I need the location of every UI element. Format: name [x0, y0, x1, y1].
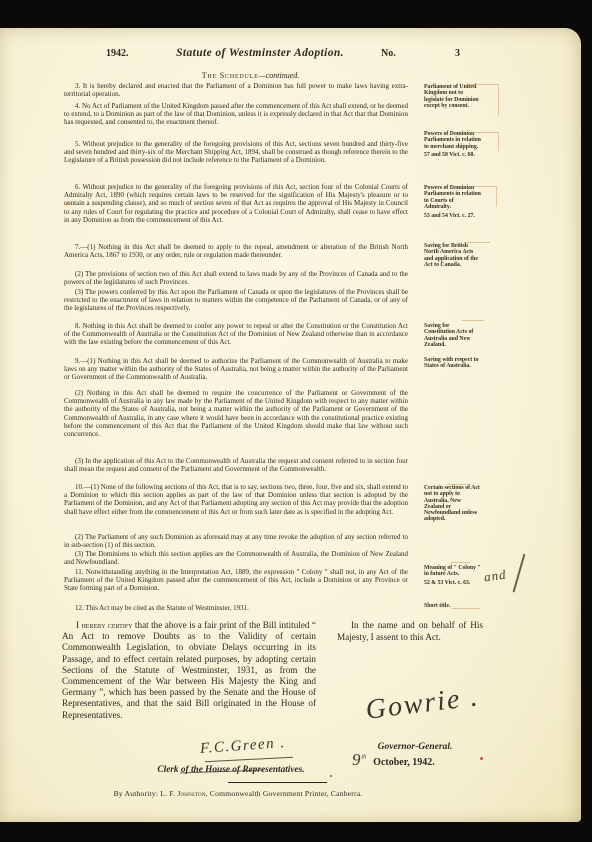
assent-date: 9thOctober, 1942.: [352, 750, 435, 770]
margin-note-text: Meaning of " Colony " in future Acts.: [424, 565, 481, 577]
margin-note-text: Saving for British North America Acts an…: [424, 243, 478, 268]
margin-note-bna-acts: Saving for British North America Acts an…: [424, 243, 481, 271]
section-9-2: (2) Nothing in this Act shall be deemed …: [64, 389, 408, 438]
clerk-signature: F.C.Green .: [200, 735, 287, 758]
pencil-mark: [452, 608, 480, 609]
pencil-mark: [462, 320, 484, 321]
pencil-mark: [464, 242, 490, 243]
header-number-label: No.: [381, 48, 396, 59]
scan-speck: [330, 775, 332, 777]
certification-paragraph: I hereby certify that the above is a fai…: [62, 620, 316, 721]
pencil-mark: [450, 562, 470, 563]
page-title: Statute of Westminster Adoption.: [160, 47, 360, 59]
schedule-heading: The Schedule—continued.: [64, 71, 423, 80]
assent-date-suffix: th: [362, 755, 367, 761]
margin-note-states-australia: Saving with respect to States of Austral…: [424, 357, 481, 372]
section-12: 12. This Act may be cited as the Statute…: [64, 604, 408, 612]
governor-general-signature: Gowrie .: [349, 679, 497, 728]
section-9-1: 9.—(1) Nothing in this Act shall be deem…: [64, 357, 408, 382]
imprint-printer-name: Johnston: [177, 789, 205, 798]
certification-lead: I hereby certify: [76, 620, 133, 630]
section-7-2: (2) The provisions of section two of thi…: [64, 270, 408, 286]
pencil-mark: [466, 84, 499, 115]
assent-date-day: 9: [352, 750, 362, 769]
margin-note-constitution-acts: Saving for Constitution Acts of Australi…: [424, 323, 481, 351]
section-10-2: (2) The Parliament of any such Dominion …: [64, 533, 408, 549]
pencil-mark: [447, 484, 469, 485]
assent-date-rest: October, 1942.: [373, 757, 435, 768]
margin-note-meaning-colony: Meaning of " Colony " in future Acts.52 …: [424, 565, 481, 586]
section-11: 11. Notwithstanding anything in the Inte…: [64, 568, 408, 593]
certification-body: that the above is a fair print of the Bi…: [62, 620, 316, 720]
schedule-heading-main: The Schedule: [202, 71, 259, 80]
section-8: 8. Nothing in this Act shall be deemed t…: [64, 322, 408, 347]
printer-imprint: By Authority: L. F. Johnston, Commonweal…: [55, 789, 421, 798]
schedule-heading-continued: —continued.: [259, 71, 300, 80]
scan-speck: [66, 202, 69, 205]
section-10-3: (3) The Dominions to which this section …: [64, 550, 408, 566]
margin-note-text: Saving for Constitution Acts of Australi…: [424, 323, 473, 348]
pencil-mark: [470, 132, 499, 151]
section-9-3: (3) In the application of this Act to th…: [64, 457, 408, 473]
section-5: 5. Without prejudice to the generality o…: [64, 140, 408, 165]
scan-speck: [480, 757, 483, 760]
margin-note-sections-adoption: Certain sections of Act not to apply to …: [424, 485, 481, 525]
margin-note-citation: 57 and 58 Vict. c. 60.: [424, 152, 481, 158]
section-4: 4. No Act of Parliament of the United Ki…: [64, 102, 408, 127]
pencil-mark: [470, 186, 497, 207]
clerk-signature-flourish: [205, 757, 293, 763]
margin-note-text: Saving with respect to States of Austral…: [424, 357, 478, 369]
handwritten-slash-mark: [513, 554, 526, 593]
document-page: 1942. Statute of Westminster Adoption. N…: [0, 28, 581, 822]
imprint-prefix: By Authority: L. F.: [114, 789, 178, 798]
margin-note-text: Short title.: [424, 603, 450, 609]
header-year: 1942.: [106, 48, 129, 59]
margin-note-citation: 53 and 54 Vict. c. 27.: [424, 213, 481, 219]
margin-note-citation: 52 & 53 Vict. c. 63.: [424, 580, 481, 586]
section-10-1: 10.—(1) None of the following sections o…: [64, 483, 408, 516]
section-7-1: 7.—(1) Nothing in this Act shall be deem…: [64, 243, 408, 259]
handwritten-annotation: and: [483, 567, 508, 586]
footer-rule: [228, 782, 327, 783]
assent-paragraph: In the name and on behalf of His Majesty…: [337, 620, 483, 643]
section-3: 3. It is hereby declared and enacted tha…: [64, 82, 408, 98]
section-6: 6. Without prejudice to the generality o…: [64, 183, 408, 224]
header-page-number: 3: [455, 48, 460, 59]
margin-note-text: Certain sections of Act not to apply to …: [424, 485, 480, 522]
imprint-suffix: , Commonwealth Government Printer, Canbe…: [206, 789, 363, 798]
section-7-3: (3) The powers conferred by this Act upo…: [64, 288, 408, 313]
scanned-document-screenshot: { "page": { "year": "1942.", "title": "S…: [0, 0, 592, 842]
